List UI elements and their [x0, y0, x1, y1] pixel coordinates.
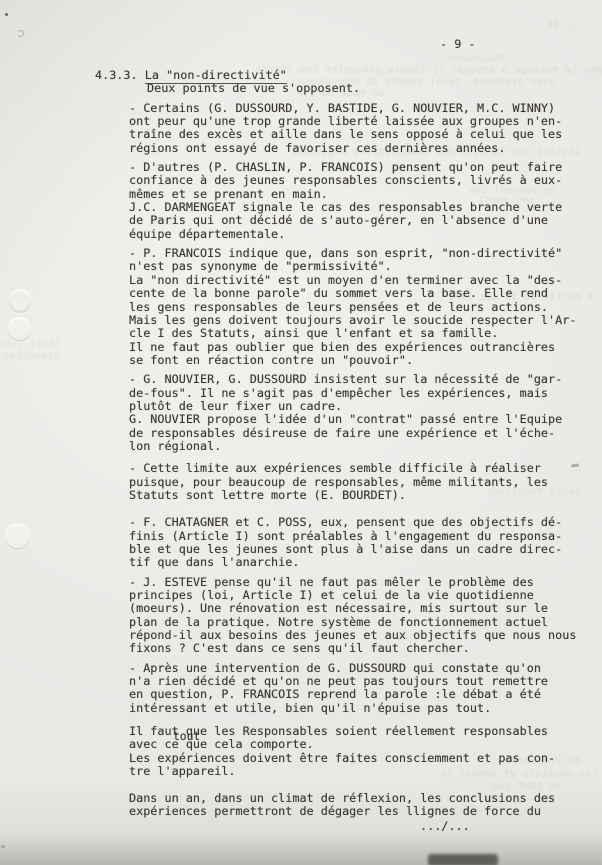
text-line: J.C. DARMENGEAT signale le cas des respo…: [129, 201, 579, 214]
section-number: 4.3.3.: [95, 68, 138, 82]
paragraph: - D'autres (P. CHASLIN, P. FRANCOIS) pen…: [95, 161, 579, 241]
paragraph: - P. FRANCOIS indique que, dans son espr…: [95, 247, 579, 367]
text-line: tre l'appareil.: [129, 765, 579, 778]
paragraph: - Après une intervention de G. DUSSOURD …: [95, 662, 579, 715]
text-line: ble et que les jeunes sont plus à l'aise…: [129, 543, 579, 556]
text-line: plutôt de leur fixer un cadre.: [129, 400, 579, 413]
text-line: traîne des excès et aille dans le sens o…: [129, 128, 579, 141]
text-line: principes (loi, Article I) et celui de l…: [129, 589, 579, 602]
bleedthrough-text: leurs fonctions,: [0, 338, 61, 350]
bottom-smudge: [428, 854, 498, 865]
text-line: Dans un an, dans un climat de réflexion,…: [129, 792, 579, 805]
paragraph: - Cette limite aux expériences semble di…: [95, 462, 579, 502]
punch-hole: [8, 289, 32, 313]
text-line: fixons ? C'est dans ce sens qu'il faut c…: [129, 642, 579, 655]
text-line: - F. CHATAGNER et C. POSS, eux, pensent …: [129, 516, 579, 529]
text-line: intéressant et utile, bien qu'il n'épuis…: [129, 702, 579, 715]
bleedthrough-text: dimanches Régionaux: [0, 350, 60, 362]
text-line: confiance à des jeunes responsables cons…: [129, 174, 579, 187]
text-line: (moeurs). Une rénovation est nécessaire,…: [129, 602, 579, 615]
text-line: ont peur qu'une trop grande liberté lais…: [129, 115, 579, 128]
paragraph: Dans un an, dans un climat de réflexion,…: [95, 792, 579, 819]
text-line: de Paris qui ont décidé de s'auto-gérer,…: [129, 214, 579, 227]
paragraph: - Certains (G. DUSSOURD, Y. BASTIDE, G. …: [95, 102, 579, 155]
page: - 10 -Mouvement.Dans le message à envoye…: [0, 0, 602, 865]
text-line: se font en réaction contre un "pouvoir".: [129, 354, 579, 367]
scan-speck: [17, 30, 24, 37]
text-line: mêmes et se prenant en main.: [129, 188, 579, 201]
text-line: - D'autres (P. CHASLIN, P. FRANCOIS) pen…: [129, 161, 579, 174]
scan-speck: [1, 845, 5, 848]
text-line: lon régional.: [129, 440, 579, 453]
page-number: - 9 -: [440, 37, 476, 51]
paragraph: - G. NOUVIER, G. DUSSOURD insistent sur …: [95, 373, 579, 453]
text-line: régions ont essayé de favoriser ces dern…: [129, 142, 579, 155]
bottom-edge-shadow: [0, 835, 602, 865]
text-line: - Certains (G. DUSSOURD, Y. BASTIDE, G. …: [129, 102, 579, 115]
paragraph: Il faut que les Responsables soient réel…: [95, 725, 579, 778]
paragraph: - J. ESTEVE pense qu'il ne faut pas mêle…: [95, 576, 579, 656]
text-line: cente de la bonne parole" du sommet vers…: [129, 287, 579, 300]
text-line: répond-il aux besoins des jeunes et aux …: [129, 629, 579, 642]
text-line: équipe départementale.: [129, 228, 579, 241]
text-line: expériences permettront de dégager les l…: [129, 805, 579, 818]
text-line: La "non directivité" est un moyen d'en t…: [129, 274, 579, 287]
text-line: - G. NOUVIER, G. DUSSOURD insistent sur …: [129, 373, 579, 386]
text-column: 4.3.3. La "non-directivité" Deux points …: [95, 69, 579, 834]
section-heading-line: 4.3.3. La "non-directivité": [95, 69, 579, 82]
paragraphs-container: - Certains (G. DUSSOURD, Y. BASTIDE, G. …: [95, 102, 579, 819]
text-line: Les expériences doivent être faites cons…: [129, 752, 579, 765]
text-line: en question, P. FRANCOIS reprend la paro…: [129, 688, 579, 701]
text-line: puisque, pour beaucoup de responsables, …: [129, 476, 579, 489]
text-line: - J. ESTEVE pense qu'il ne faut pas mêle…: [129, 576, 579, 589]
text-line: finis (Article I) sont préalables à l'en…: [129, 530, 579, 543]
text-line: Mais les gens doivent toujours avoir le …: [129, 314, 579, 327]
text-line: G. NOUVIER propose l'idée d'un "contrat"…: [129, 413, 579, 426]
punch-hole: [4, 523, 31, 550]
text-line: Il ne faut pas oublier que bien des expé…: [129, 341, 579, 354]
text-line: cle I des Statuts, ainsi que l'enfant et…: [129, 327, 579, 340]
bleedthrough-text: - 10 -: [534, 19, 572, 31]
text-line: - Cette limite aux expériences semble di…: [129, 462, 579, 475]
punch-hole: [7, 317, 32, 342]
text-line: tif que dans l'anarchie.: [129, 556, 579, 569]
text-line: de responsables désireuse de faire une e…: [129, 427, 579, 440]
text-line: n'est pas synonyme de "permissivité".: [129, 260, 579, 273]
scan-speck: [5, 13, 8, 16]
text-line: - Après une intervention de G. DUSSOURD …: [129, 662, 579, 675]
inserted-word: tout: [173, 732, 200, 742]
text-line: Statuts sont lettre morte (E. BOURDET).: [129, 489, 579, 502]
section-subheading: Deux points de vue s'opposent.: [95, 82, 579, 95]
text-line: plan de la pratique. Notre système de fo…: [129, 616, 579, 629]
text-line: les gens responsables de leurs pensées e…: [129, 301, 579, 314]
continuation-mark: .../...: [420, 820, 579, 833]
text-line: de-fous". Il ne s'agit pas d'empêcher le…: [129, 387, 579, 400]
paragraph: - F. CHATAGNER et C. POSS, eux, pensent …: [95, 516, 579, 569]
text-line: n'a rien décidé et qu'on ne peut pas tou…: [129, 675, 579, 688]
text-line: - P. FRANCOIS indique que, dans son espr…: [129, 247, 579, 260]
